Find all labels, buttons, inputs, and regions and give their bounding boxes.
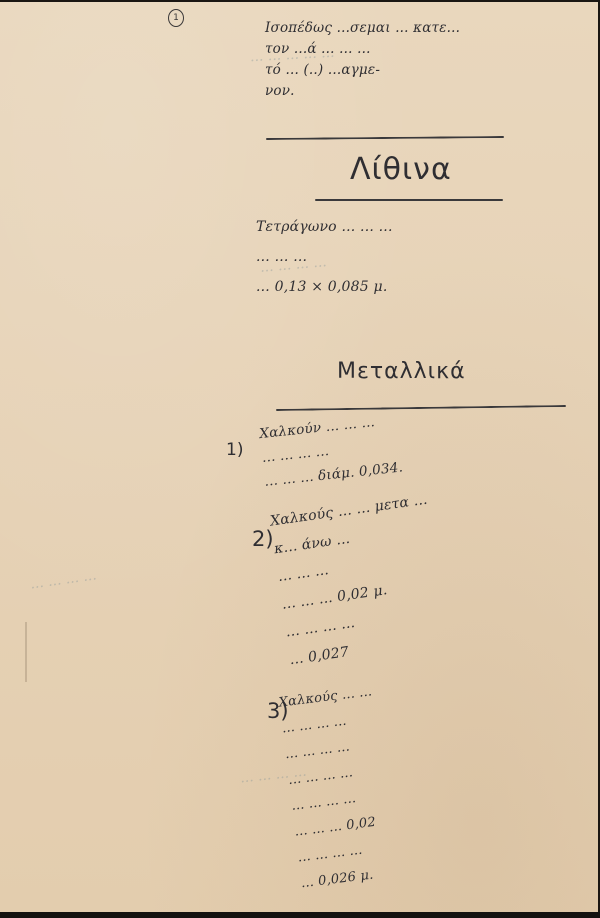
intro-line: Ισοπέδως ...σεμαι ... κατε... (265, 18, 460, 39)
intro-line: τό ... (..) ...αγμε- (265, 60, 460, 81)
item-number: 2) (252, 527, 274, 551)
intro-line: νον. (265, 81, 460, 102)
list-item-2: Χαλκούς ... ... μετα ... κ... άνω ... ..… (268, 486, 449, 674)
page-number-circle: 1 (168, 9, 184, 27)
section-heading-lithina: Λίθινα (350, 152, 452, 187)
item-number: 1) (226, 440, 243, 460)
section-heading-metallika: Μεταλλικά (337, 359, 466, 384)
paper-crease (25, 622, 27, 682)
heading-underline (276, 405, 566, 411)
text-line: ... ... ... (256, 242, 393, 272)
list-item-3: Χαλκούς ... ... ... ... ... ... ... ... … (277, 679, 396, 897)
scan-border (0, 912, 600, 918)
text-line: Τετράγωνο ... ... ... (256, 212, 393, 242)
manuscript-page: 1 ... ... ... ... ... ... ... ... ... ..… (0, 2, 598, 912)
list-item-1: Χαλκούν ... ... ... ... ... ... ... ... … (258, 408, 404, 494)
text-line: ... 0,13 × 0,085 μ. (256, 272, 393, 302)
intro-paragraph: Ισοπέδως ...σεμαι ... κατε... τον ...ά .… (265, 18, 460, 102)
divider-rule (266, 136, 504, 140)
section-lithina-text: Τετράγωνο ... ... ... ... ... ... ... 0,… (256, 212, 393, 302)
show-through-text-left: ... ... ... ... (29, 562, 99, 597)
heading-underline (315, 199, 503, 201)
intro-line: τον ...ά ... ... ... (265, 39, 460, 60)
